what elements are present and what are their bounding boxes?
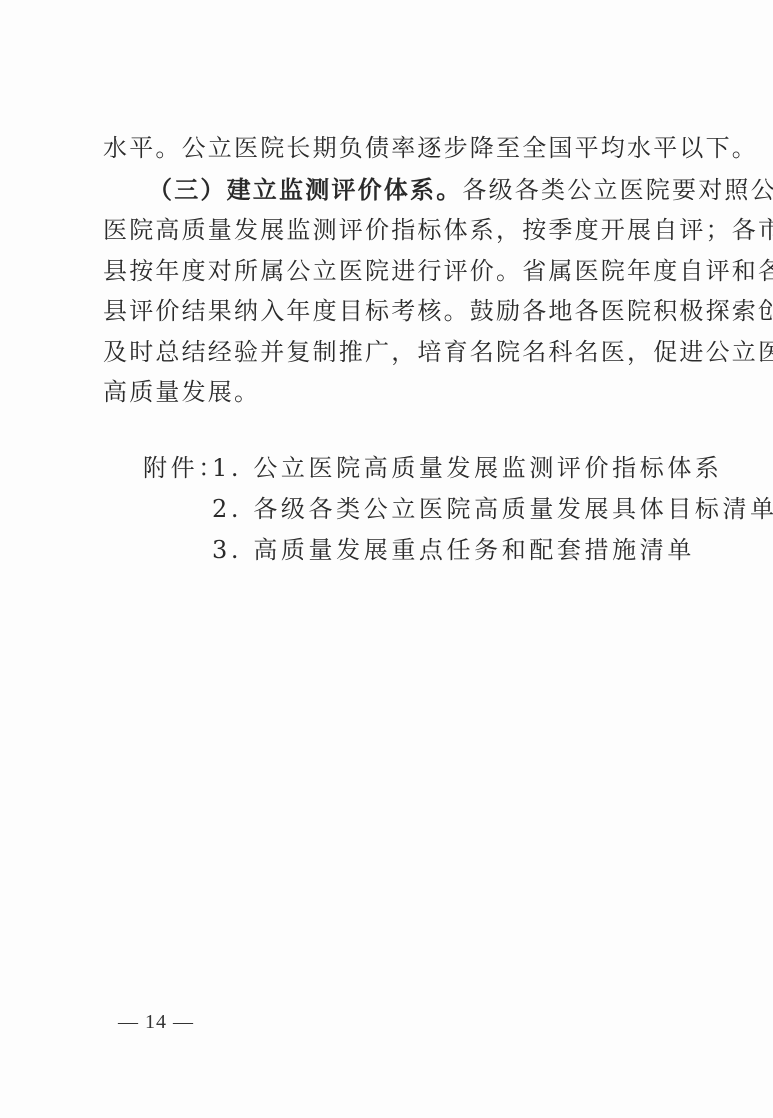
paragraph-line: 水平。公立医院长期负债率逐步降至全国平均水平以下。 [103, 133, 693, 163]
paragraph-line: 高质量发展。 [103, 377, 693, 407]
paragraph-line: 医院高质量发展监测评价指标体系，按季度开展自评；各市、 [103, 215, 693, 245]
document-page: 水平。公立医院长期负债率逐步降至全国平均水平以下。 （三）建立监测评价体系。各级… [0, 0, 773, 1118]
section-3-first-line: （三）建立监测评价体系。各级各类公立医院要对照公立 [148, 175, 693, 205]
attachment-item: 2. 各级各类公立医院高质量发展具体目标清单 [212, 494, 773, 524]
paragraph-line: 县按年度对所属公立医院进行评价。省属医院年度自评和各市、 [103, 256, 693, 286]
section-3-first-line-text: 各级各类公立医院要对照公立 [462, 176, 773, 204]
paragraph-line: 县评价结果纳入年度目标考核。鼓励各地各医院积极探索创新， [103, 296, 693, 326]
attachment-item: 3. 高质量发展重点任务和配套措施清单 [212, 535, 695, 565]
attachment-item: 1. 公立医院高质量发展监测评价指标体系 [212, 453, 723, 483]
section-3-heading: （三）建立监测评价体系。 [148, 175, 462, 204]
page-number: — 14 — [118, 1008, 194, 1036]
paragraph-line: 及时总结经验并复制推广，培育名院名科名医，促进公立医院 [103, 337, 693, 367]
